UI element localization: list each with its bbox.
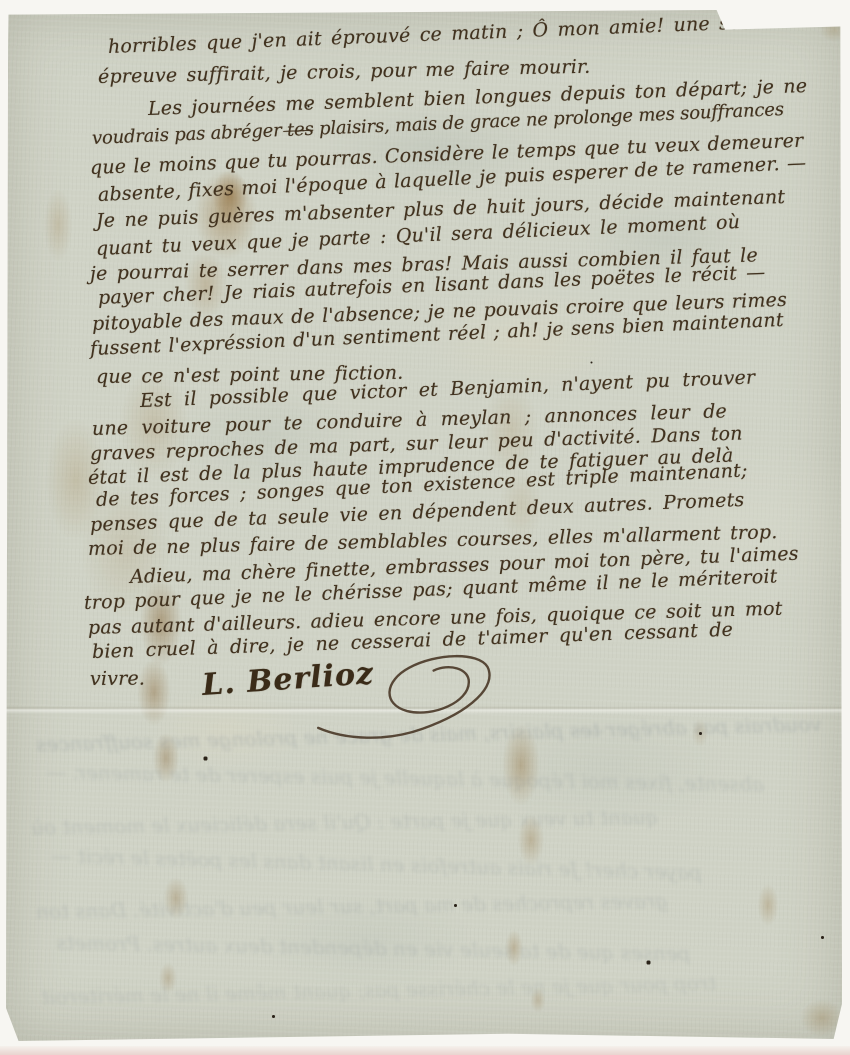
letter-line: épreuve suffirait, je crois, pour me fai…: [98, 56, 591, 88]
bleedthrough-line: absente, fixes moi l'époque à laquelle j…: [46, 760, 764, 797]
letter-line: vivre.: [90, 668, 145, 690]
signature-flourish: [308, 646, 505, 752]
letter-page: voudrais pas abréger t̶e̶s̶ plaisirs, ma…: [6, 10, 842, 1041]
scanned-letter: voudrais pas abréger t̶e̶s̶ plaisirs, ma…: [0, 0, 850, 1055]
bleedthrough-line: quant tu veux que je parte : Qu'il sera …: [31, 805, 659, 840]
scan-bottom-edge: [0, 1046, 850, 1055]
bleedthrough-line: payer cher! Je riais autrefois en lisant…: [51, 843, 702, 884]
ink-specks: [6, 10, 7, 11]
letter-line: horribles que j'en ait éprouvé ce matin …: [108, 9, 800, 58]
bleedthrough-line: penses que de ta seule vie en dépendent …: [56, 930, 691, 965]
bleedthrough-line: trop pour que je ne le chérisse pas; qua…: [41, 971, 717, 1009]
bleedthrough-line: graves reproches de ma part, sur leur pe…: [36, 888, 669, 923]
